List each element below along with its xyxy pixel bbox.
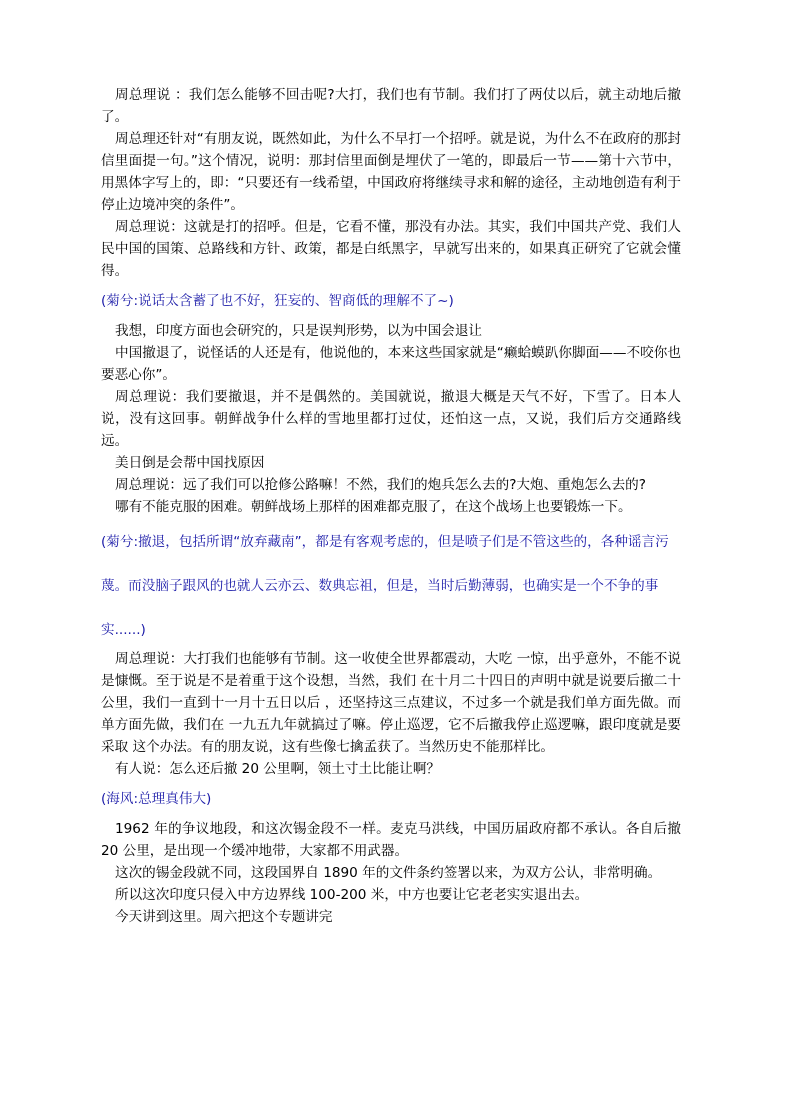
paragraph: 周总理还针对“有朋友说，既然如此，为什么不早打一个招呼。就是说，为什么不在政府的…: [101, 128, 681, 216]
paragraph: 周总理说：这就是打的招呼。但是，它看不懂，那没有办法。其实，我们中国共产党、我们…: [101, 216, 681, 282]
paragraph: 所以这次印度只侵入中方边界线 100-200 米，中方也要让它老老实实退出去。: [101, 884, 681, 906]
commentary-note: (菊兮:说话太含蓄了也不好，狂妄的、智商低的理解不了~): [101, 290, 681, 312]
paragraph: 今天讲到这里。周六把这个专题讲完: [101, 906, 681, 928]
paragraph: 周总理说 ：我们怎么能够不回击呢?大打，我们也有节制。我们打了两仗以后，就主动地…: [101, 84, 681, 128]
commentary-note: (菊兮:撤退，包括所谓“放弃藏南”，都是有客观考虑的，但是喷子们是不管这些的，各…: [101, 520, 681, 652]
paragraph: 哪有不能克服的困难。朝鲜战场上那样的困难都克服了，在这个战场上也要锻炼一下。: [101, 496, 681, 518]
paragraph: 周总理说：远了我们可以抢修公路嘛！不然，我们的炮兵怎么去的?大炮、重炮怎么去的?: [101, 474, 681, 496]
paragraph: 周总理说：大打我们也能够有节制。这一收使全世界都震动，大吃 一惊，出乎意外，不能…: [101, 648, 681, 758]
paragraph: 1962 年的争议地段，和这次锡金段不一样。麦克马洪线，中国历届政府都不承认。各…: [101, 818, 681, 862]
paragraph: 中国撤退了，说怪话的人还是有，他说他的，本来这些国家就是“癞蛤蟆趴你脚面——不咬…: [101, 342, 681, 386]
paragraph: 我想，印度方面也会研究的，只是误判形势，以为中国会退让: [101, 320, 681, 342]
paragraph: 周总理说：我们要撤退，并不是偶然的。美国就说，撤退大概是天气不好，下雪了。日本人…: [101, 386, 681, 452]
paragraph: 有人说：怎么还后撤 20 公里啊，领土寸土比能让啊？: [101, 758, 681, 780]
paragraph: 这次的锡金段就不同，这段国界自 1890 年的文件条约签署以来，为双方公认，非常…: [101, 862, 681, 884]
paragraph: 美日倒是会帮中国找原因: [101, 452, 681, 474]
commentary-note: (海风:总理真伟大): [101, 788, 681, 810]
document-page: 周总理说 ：我们怎么能够不回击呢?大打，我们也有节制。我们打了两仗以后，就主动地…: [101, 84, 681, 928]
